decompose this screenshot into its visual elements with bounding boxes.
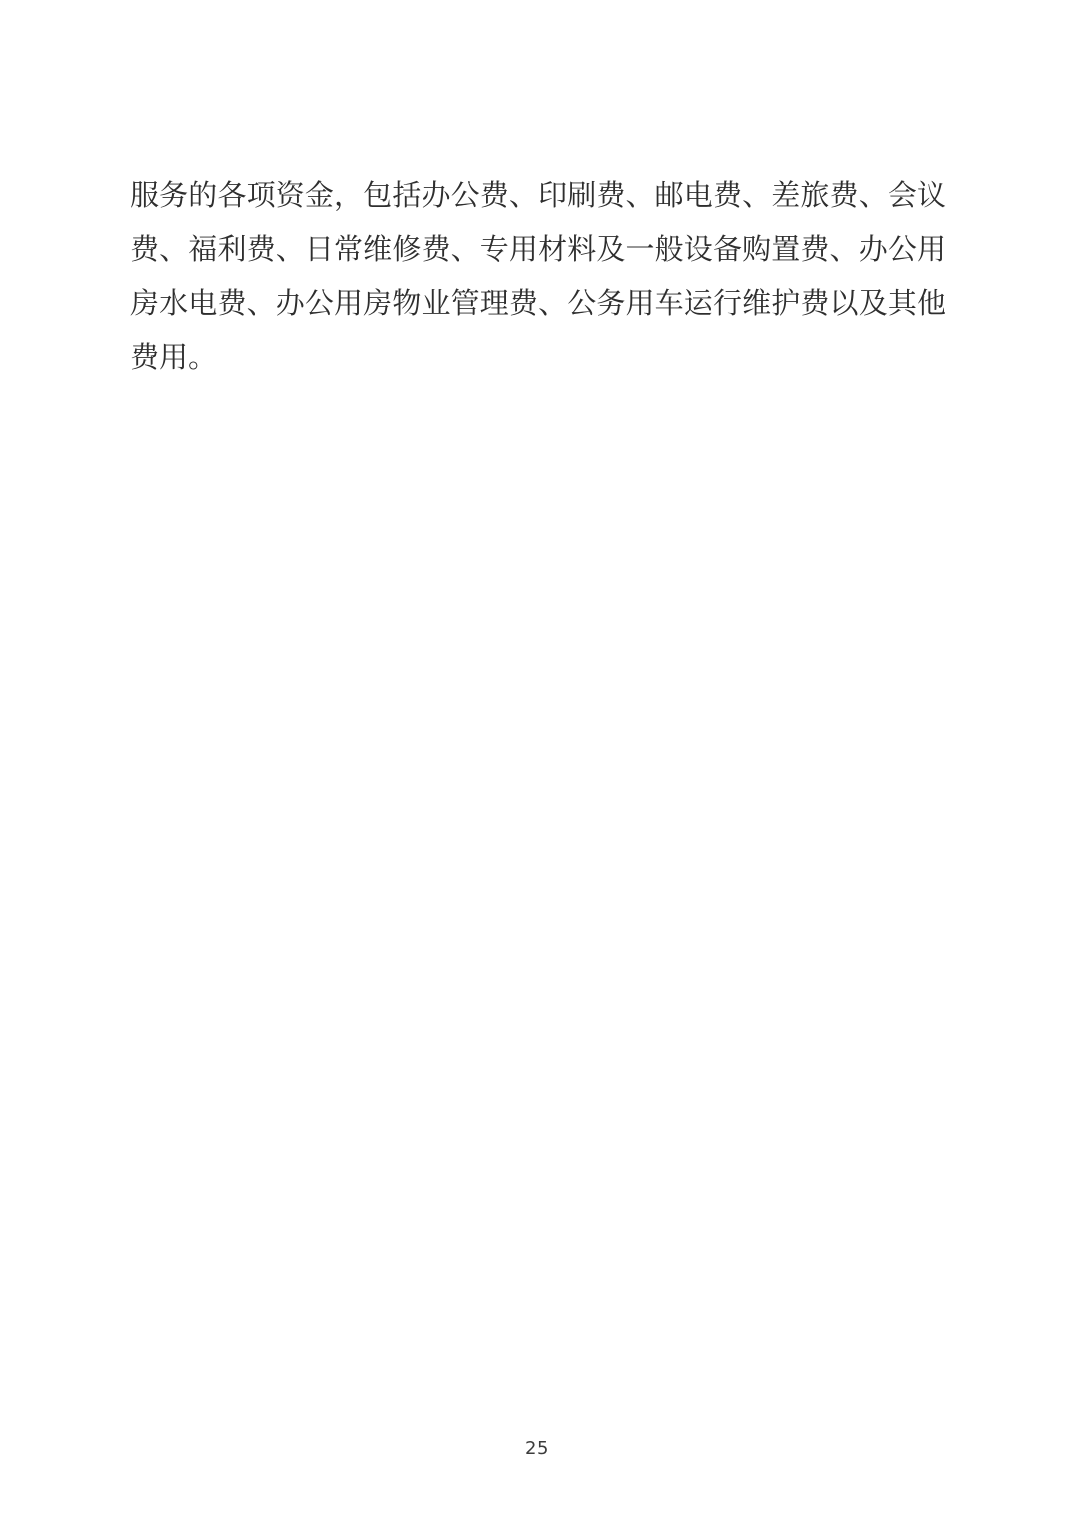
paragraph-line: 费、福利费、日常维修费、专用材料及一般设备购置费、办公用	[130, 222, 946, 276]
page-number: 25	[0, 1438, 1074, 1459]
paragraph-line: 房水电费、办公用房物业管理费、公务用车运行维护费以及其他	[130, 276, 946, 330]
paragraph-line: 费用。	[130, 330, 946, 384]
paragraph-line: 服务的各项资金，包括办公费、印刷费、邮电费、差旅费、会议	[130, 168, 946, 222]
document-page: 服务的各项资金，包括办公费、印刷费、邮电费、差旅费、会议 费、福利费、日常维修费…	[0, 0, 1074, 1520]
body-paragraph: 服务的各项资金，包括办公费、印刷费、邮电费、差旅费、会议 费、福利费、日常维修费…	[130, 168, 946, 384]
